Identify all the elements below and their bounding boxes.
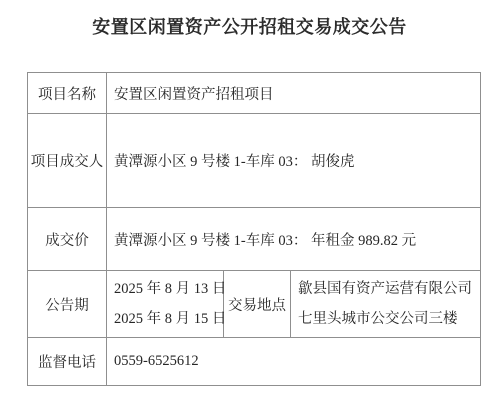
label-transaction-price: 成交价: [28, 208, 107, 271]
value-transaction-location: 歙县国有资产运营有限公司 七里头城市公交公司三楼: [291, 271, 481, 338]
announcement-table: 项目名称 安置区闲置资产招租项目 项目成交人 黄潭源小区 9 号楼 1-车库 0…: [27, 72, 481, 386]
location-company-name: 歙县国有资产运营有限公司: [298, 274, 472, 304]
label-supervision-phone: 监督电话: [28, 338, 107, 386]
label-transaction-location: 交易地点: [224, 271, 291, 338]
period-start-date: 2025 年 8 月 13 日-: [114, 274, 231, 304]
period-end-date: 2025 年 8 月 15 日: [114, 304, 226, 334]
label-winning-bidder: 项目成交人: [28, 114, 107, 208]
label-project-name: 项目名称: [28, 73, 107, 114]
value-winning-bidder: 黄潭源小区 9 号楼 1-车库 03： 胡俊虎: [107, 114, 481, 208]
label-announcement-period: 公告期: [28, 271, 107, 338]
location-address-detail: 七里头城市公交公司三楼: [298, 304, 458, 334]
value-announcement-period: 2025 年 8 月 13 日- 2025 年 8 月 15 日: [107, 271, 224, 338]
value-transaction-price: 黄潭源小区 9 号楼 1-车库 03： 年租金 989.82 元: [107, 208, 481, 271]
value-project-name: 安置区闲置资产招租项目: [107, 73, 481, 114]
document-title: 安置区闲置资产公开招租交易成交公告: [0, 13, 499, 39]
announcement-document: 安置区闲置资产公开招租交易成交公告 项目名称 安置区闲置资产招租项目 项目成交人…: [0, 0, 499, 411]
value-supervision-phone: 0559-6525612: [107, 338, 481, 386]
